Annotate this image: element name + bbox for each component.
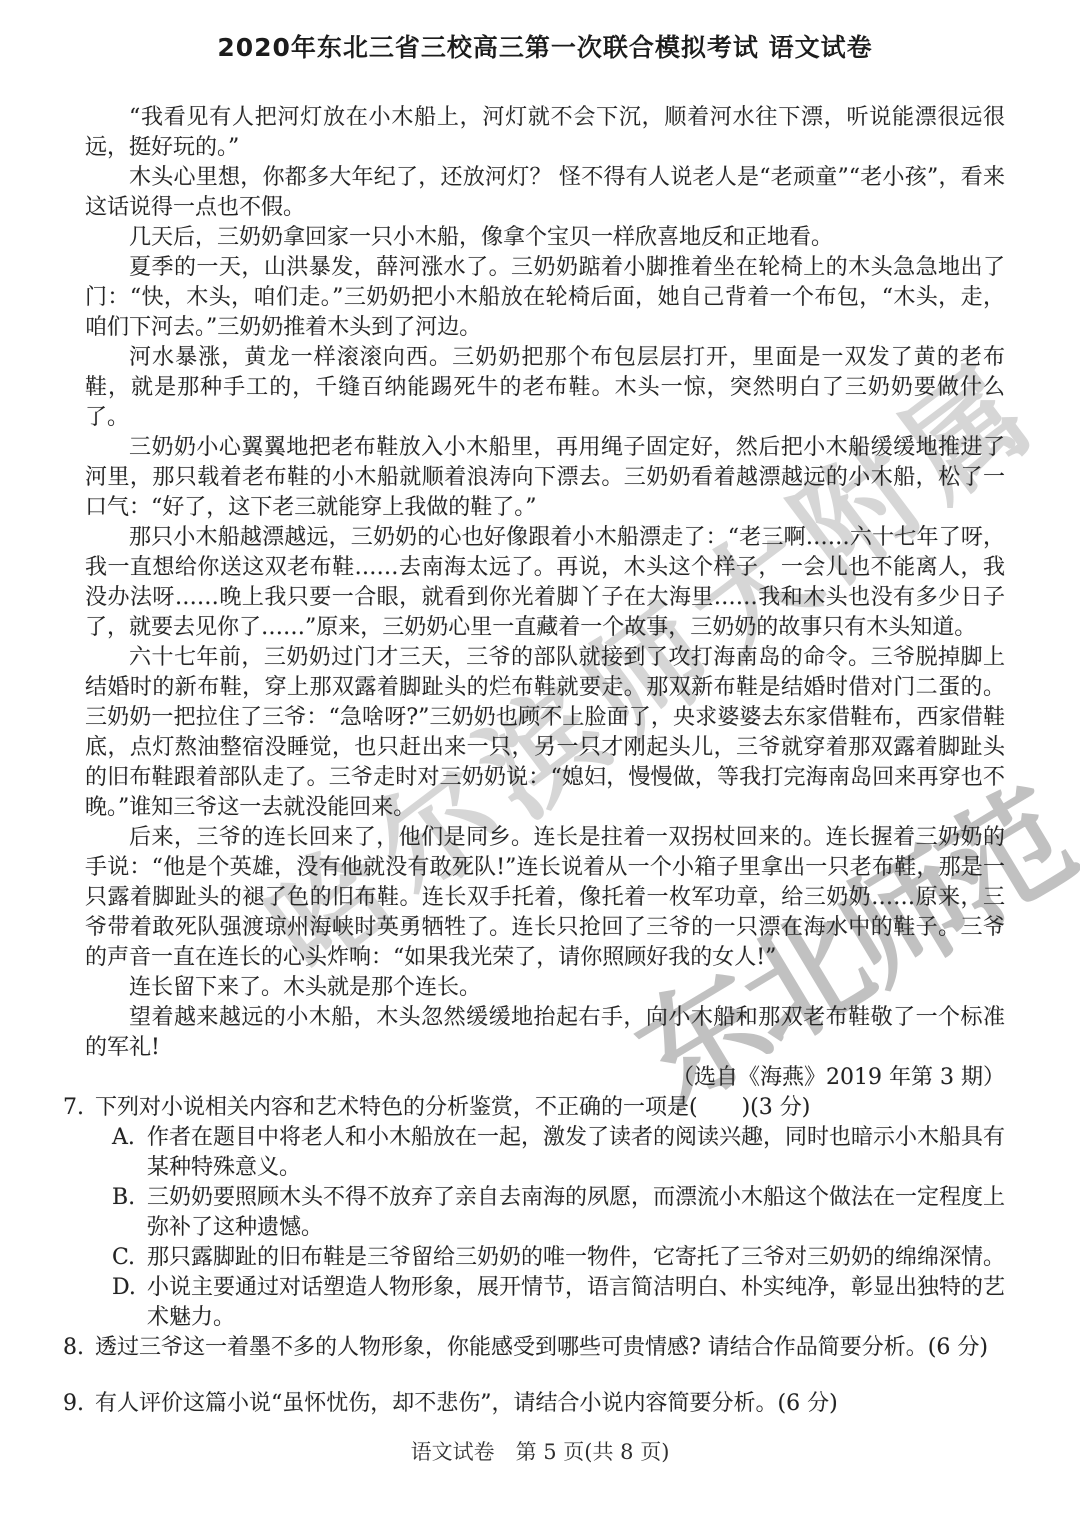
question-text: 下列对小说相关内容和艺术特色的分析鉴赏，不正确的一项是( )(3 分) bbox=[95, 1095, 810, 1120]
question-number: 9. bbox=[63, 1389, 95, 1419]
option-label: C. bbox=[112, 1243, 147, 1273]
question-8: 8.透过三爷这一着墨不多的人物形象，你能感受到哪些可贵情感? 请结合作品简要分析… bbox=[63, 1333, 1005, 1363]
question-line: 8.透过三爷这一着墨不多的人物形象，你能感受到哪些可贵情感? 请结合作品简要分析… bbox=[63, 1333, 1005, 1363]
passage-paragraph: 河水暴涨，黄龙一样滚滚向西。三奶奶把那个布包层层打开，里面是一双发了黄的老布鞋，… bbox=[85, 343, 1005, 433]
option-D: D.小说主要通过对话塑造人物形象，展开情节，语言简洁明白、朴实纯净，彰显出独特的… bbox=[63, 1273, 1005, 1333]
option-A: A.作者在题目中将老人和小木船放在一起，激发了读者的阅读兴趣，同时也暗示小木船具… bbox=[63, 1123, 1005, 1183]
questions-section: 7.下列对小说相关内容和艺术特色的分析鉴赏，不正确的一项是( )(3 分)A.作… bbox=[63, 1093, 1005, 1419]
page-content: 2020年东北三省三校高三第一次联合模拟考试 语文试卷 “我看见有人把河灯放在小… bbox=[85, 0, 1005, 1419]
question-7: 7.下列对小说相关内容和艺术特色的分析鉴赏，不正确的一项是( )(3 分)A.作… bbox=[63, 1093, 1005, 1333]
option-text: 作者在题目中将老人和小木船放在一起，激发了读者的阅读兴趣，同时也暗示小木船具有某… bbox=[147, 1125, 1005, 1180]
options-list: A.作者在题目中将老人和小木船放在一起，激发了读者的阅读兴趣，同时也暗示小木船具… bbox=[63, 1123, 1005, 1333]
option-label: A. bbox=[112, 1123, 147, 1153]
option-text: 小说主要通过对话塑造人物形象，展开情节，语言简洁明白、朴实纯净，彰显出独特的艺术… bbox=[147, 1275, 1005, 1330]
passage-paragraph: 后来，三爷的连长回来了，他们是同乡。连长是拄着一双拐杖回来的。连长握着三奶奶的手… bbox=[85, 823, 1005, 973]
page-title: 2020年东北三省三校高三第一次联合模拟考试 语文试卷 bbox=[85, 33, 1005, 63]
question-number: 7. bbox=[63, 1093, 95, 1123]
page-footer: 语文试卷 第 5 页(共 8 页) bbox=[0, 1437, 1080, 1467]
question-9: 9.有人评价这篇小说“虽怀忧伤，却不悲伤”，请结合小说内容简要分析。(6 分) bbox=[63, 1389, 1005, 1419]
passage-paragraph: 望着越来越远的小木船，木头忽然缓缓地抬起右手，向小木船和那双老布鞋敬了一个标准的… bbox=[85, 1003, 1005, 1063]
reading-passage: “我看见有人把河灯放在小木船上，河灯就不会下沉，顺着河水往下漂，听说能漂很远很远… bbox=[85, 103, 1005, 1063]
passage-paragraph: “我看见有人把河灯放在小木船上，河灯就不会下沉，顺着河水往下漂，听说能漂很远很远… bbox=[85, 103, 1005, 163]
passage-paragraph: 三奶奶小心翼翼地把老布鞋放入小木船里，再用绳子固定好，然后把小木船缓缓地推进了河… bbox=[85, 433, 1005, 523]
passage-paragraph: 夏季的一天，山洪暴发，薛河涨水了。三奶奶踮着小脚推着坐在轮椅上的木头急急地出了门… bbox=[85, 253, 1005, 343]
option-C: C.那只露脚趾的旧布鞋是三爷留给三奶奶的唯一物件，它寄托了三爷对三奶奶的绵绵深情… bbox=[63, 1243, 1005, 1273]
question-number: 8. bbox=[63, 1333, 95, 1363]
passage-paragraph: 连长留下来了。木头就是那个连长。 bbox=[85, 973, 1005, 1003]
passage-paragraph: 那只小木船越漂越远，三奶奶的心也好像跟着小木船漂走了：“老三啊……六十七年了呀，… bbox=[85, 523, 1005, 643]
passage-paragraph: 六十七年前，三奶奶过门才三天，三爷的部队就接到了攻打海南岛的命令。三爷脱掉脚上结… bbox=[85, 643, 1005, 823]
option-label: B. bbox=[112, 1183, 147, 1213]
question-text: 有人评价这篇小说“虽怀忧伤，却不悲伤”，请结合小说内容简要分析。(6 分) bbox=[95, 1391, 838, 1416]
passage-paragraph: 木头心里想，你都多大年纪了，还放河灯？ 怪不得有人说老人是“老顽童”“老小孩”，… bbox=[85, 163, 1005, 223]
question-text: 透过三爷这一着墨不多的人物形象，你能感受到哪些可贵情感? 请结合作品简要分析。(… bbox=[95, 1335, 988, 1360]
option-text: 三奶奶要照顾木头不得不放弃了亲自去南海的夙愿，而漂流小木船这个做法在一定程度上弥… bbox=[147, 1185, 1005, 1240]
question-line: 7.下列对小说相关内容和艺术特色的分析鉴赏，不正确的一项是( )(3 分) bbox=[63, 1093, 1005, 1123]
question-line: 9.有人评价这篇小说“虽怀忧伤，却不悲伤”，请结合小说内容简要分析。(6 分) bbox=[63, 1389, 1005, 1419]
option-text: 那只露脚趾的旧布鞋是三爷留给三奶奶的唯一物件，它寄托了三爷对三奶奶的绵绵深情。 bbox=[147, 1245, 1005, 1270]
exam-paper-page: 哈尔滨师大附属 东北师范 2020年东北三省三校高三第一次联合模拟考试 语文试卷… bbox=[0, 0, 1080, 1526]
option-label: D. bbox=[112, 1273, 147, 1303]
option-B: B.三奶奶要照顾木头不得不放弃了亲自去南海的夙愿，而漂流小木船这个做法在一定程度… bbox=[63, 1183, 1005, 1243]
passage-paragraph: 几天后，三奶奶拿回家一只小木船，像拿个宝贝一样欣喜地反和正地看。 bbox=[85, 223, 1005, 253]
source-attribution: （选自《海燕》2019 年第 3 期） bbox=[85, 1063, 1005, 1093]
